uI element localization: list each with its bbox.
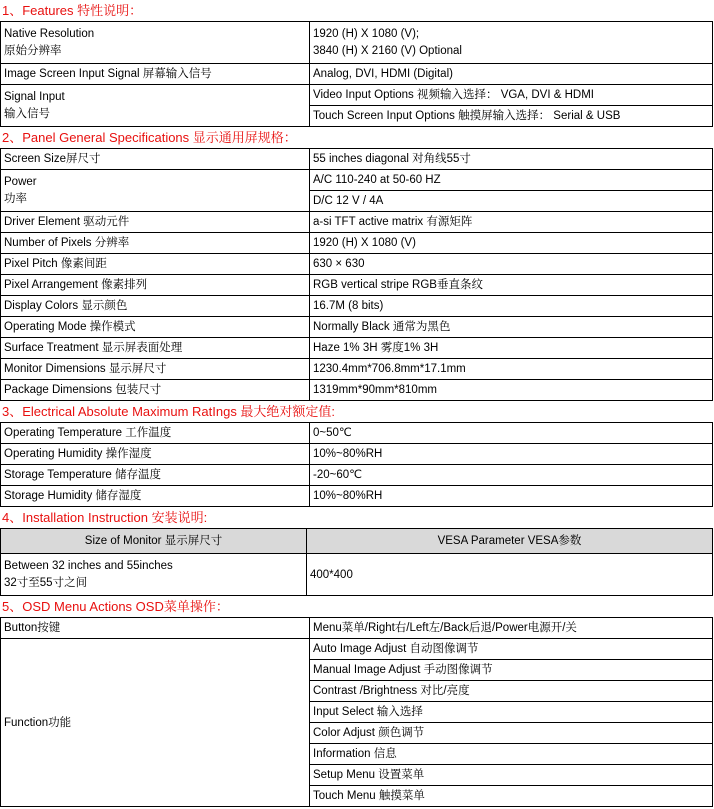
label-number-of-pixels: Number of Pixels 分辨率 (1, 233, 310, 254)
table-row: Image Screen Input Signal 屏幕输入信号 Analog,… (1, 64, 713, 85)
table-row: Package Dimensions 包装尺寸 1319mm*90mm*810m… (1, 380, 713, 401)
table-row: Number of Pixels 分辨率 1920 (H) X 1080 (V) (1, 233, 713, 254)
label-image-input-signal: Image Screen Input Signal 屏幕输入信号 (1, 64, 310, 85)
label-en: Power (4, 174, 309, 191)
function-item: Manual Image Adjust 手动图像调节 (310, 660, 713, 681)
installation-table: Size of Monitor 显示屏尺寸 VESA Parameter VES… (0, 528, 713, 596)
function-item: Color Adjust 颜色调节 (310, 723, 713, 744)
table-row: Between 32 inches and 55inches 32寸至55寸之间… (1, 554, 713, 596)
table-row: Power 功率 A/C 110-240 at 50-60 HZ (1, 170, 713, 191)
value-pixel-pitch: 630 × 630 (310, 254, 713, 275)
table-row: Operating Humidity 操作湿度 10%~80%RH (1, 444, 713, 465)
header-size-of-monitor: Size of Monitor 显示屏尺寸 (1, 529, 307, 554)
value-display-colors: 16.7M (8 bits) (310, 296, 713, 317)
label-surface-treatment: Surface Treatment 显示屏表面处理 (1, 338, 310, 359)
table-row: Monitor Dimensions 显示屏尺寸 1230.4mm*706.8m… (1, 359, 713, 380)
table-row: Pixel Pitch 像素间距 630 × 630 (1, 254, 713, 275)
table-row: Operating Mode 操作模式 Normally Black 通常为黑色 (1, 317, 713, 338)
section-title-osd: 5、OSD Menu Actions OSD菜单操作： (0, 596, 714, 617)
label-operating-humidity: Operating Humidity 操作湿度 (1, 444, 310, 465)
header-vesa-parameter: VESA Parameter VESA参数 (307, 529, 713, 554)
label-en: Signal Input (4, 89, 309, 106)
label-cn: 功率 (4, 191, 309, 208)
value-screen-size: 55 inches diagonal 对角线55寸 (310, 149, 713, 170)
value-power-ac: A/C 110-240 at 50-60 HZ (310, 170, 713, 191)
value-driver-element: a-si TFT active matrix 有源矩阵 (310, 212, 713, 233)
function-item: Information 信息 (310, 744, 713, 765)
label-monitor-dimensions: Monitor Dimensions 显示屏尺寸 (1, 359, 310, 380)
function-item: Touch Menu 触摸菜单 (310, 786, 713, 807)
label-monitor-size-range: Between 32 inches and 55inches 32寸至55寸之间 (1, 554, 307, 596)
value-storage-temperature: -20~60℃ (310, 465, 713, 486)
value-operating-mode: Normally Black 通常为黑色 (310, 317, 713, 338)
value-video-input-options: Video Input Options 视频输入选择： VGA, DVI & H… (310, 85, 713, 106)
value-vesa: 400*400 (307, 554, 713, 596)
label-package-dimensions: Package Dimensions 包装尺寸 (1, 380, 310, 401)
value-surface-treatment: Haze 1% 3H 雾度1% 3H (310, 338, 713, 359)
section-title-panel: 2、Panel General Specifications 显示通用屏规格： (0, 127, 714, 148)
label-cn: 原始分辨率 (4, 43, 309, 60)
value-package-dimensions: 1319mm*90mm*810mm (310, 380, 713, 401)
label-storage-humidity: Storage Humidity 储存湿度 (1, 486, 310, 507)
table-row: Signal Input 输入信号 Video Input Options 视频… (1, 85, 713, 106)
table-row: Storage Humidity 储存湿度 10%~80%RH (1, 486, 713, 507)
value-line: 3840 (H) X 2160 (V) Optional (313, 43, 712, 60)
value-pixel-arrangement: RGB vertical stripe RGB垂直条纹 (310, 275, 713, 296)
table-row: Function功能 Auto Image Adjust 自动图像调节 (1, 639, 713, 660)
value-touch-input-options: Touch Screen Input Options 触摸屏输入选择： Seri… (310, 106, 713, 127)
label-button: Button按键 (1, 618, 310, 639)
value-power-dc: D/C 12 V / 4A (310, 191, 713, 212)
section-title-electrical: 3、Electrical Absolute Maximum RatIngs 最大… (0, 401, 714, 422)
value-image-input-signal: Analog, DVI, HDMI (Digital) (310, 64, 713, 85)
label-cn: 输入信号 (4, 106, 309, 123)
label-en: Between 32 inches and 55inches (4, 558, 306, 575)
label-power: Power 功率 (1, 170, 310, 212)
label-en: Native Resolution (4, 26, 309, 43)
table-row: Driver Element 驱动元件 a-si TFT active matr… (1, 212, 713, 233)
table-row: Surface Treatment 显示屏表面处理 Haze 1% 3H 雾度1… (1, 338, 713, 359)
value-operating-humidity: 10%~80%RH (310, 444, 713, 465)
value-storage-humidity: 10%~80%RH (310, 486, 713, 507)
value-monitor-dimensions: 1230.4mm*706.8mm*17.1mm (310, 359, 713, 380)
table-row: Button按键 Menu菜单/Right右/Left左/Back后退/Powe… (1, 618, 713, 639)
label-operating-mode: Operating Mode 操作模式 (1, 317, 310, 338)
label-pixel-pitch: Pixel Pitch 像素间距 (1, 254, 310, 275)
table-row: Native Resolution 原始分辨率 1920 (H) X 1080 … (1, 22, 713, 64)
label-storage-temperature: Storage Temperature 储存温度 (1, 465, 310, 486)
value-native-resolution: 1920 (H) X 1080 (V); 3840 (H) X 2160 (V)… (310, 22, 713, 64)
table-header-row: Size of Monitor 显示屏尺寸 VESA Parameter VES… (1, 529, 713, 554)
function-item: Input Select 输入选择 (310, 702, 713, 723)
table-row: Operating Temperature 工作温度 0~50℃ (1, 423, 713, 444)
electrical-ratings-table: Operating Temperature 工作温度 0~50℃ Operati… (0, 422, 713, 507)
table-row: Display Colors 显示颜色 16.7M (8 bits) (1, 296, 713, 317)
label-signal-input: Signal Input 输入信号 (1, 85, 310, 127)
table-row: Storage Temperature 储存温度 -20~60℃ (1, 465, 713, 486)
label-cn: 32寸至55寸之间 (4, 575, 306, 592)
function-item: Contrast /Brightness 对比/亮度 (310, 681, 713, 702)
label-driver-element: Driver Element 驱动元件 (1, 212, 310, 233)
osd-menu-table: Button按键 Menu菜单/Right右/Left左/Back后退/Powe… (0, 617, 713, 807)
panel-specs-table: Screen Size屏尺寸 55 inches diagonal 对角线55寸… (0, 148, 713, 401)
value-buttons: Menu菜单/Right右/Left左/Back后退/Power电源开/关 (310, 618, 713, 639)
label-operating-temperature: Operating Temperature 工作温度 (1, 423, 310, 444)
section-title-features: 1、Features 特性说明： (0, 0, 714, 21)
label-native-resolution: Native Resolution 原始分辨率 (1, 22, 310, 64)
value-number-of-pixels: 1920 (H) X 1080 (V) (310, 233, 713, 254)
features-table: Native Resolution 原始分辨率 1920 (H) X 1080 … (0, 21, 713, 127)
section-title-installation: 4、Installation Instruction 安装说明: (0, 507, 714, 528)
label-screen-size: Screen Size屏尺寸 (1, 149, 310, 170)
value-operating-temperature: 0~50℃ (310, 423, 713, 444)
function-item: Auto Image Adjust 自动图像调节 (310, 639, 713, 660)
label-display-colors: Display Colors 显示颜色 (1, 296, 310, 317)
value-line: 1920 (H) X 1080 (V); (313, 26, 712, 43)
table-row: Screen Size屏尺寸 55 inches diagonal 对角线55寸 (1, 149, 713, 170)
function-item: Setup Menu 设置菜单 (310, 765, 713, 786)
label-function: Function功能 (1, 639, 310, 807)
table-row: Pixel Arrangement 像素排列 RGB vertical stri… (1, 275, 713, 296)
label-pixel-arrangement: Pixel Arrangement 像素排列 (1, 275, 310, 296)
